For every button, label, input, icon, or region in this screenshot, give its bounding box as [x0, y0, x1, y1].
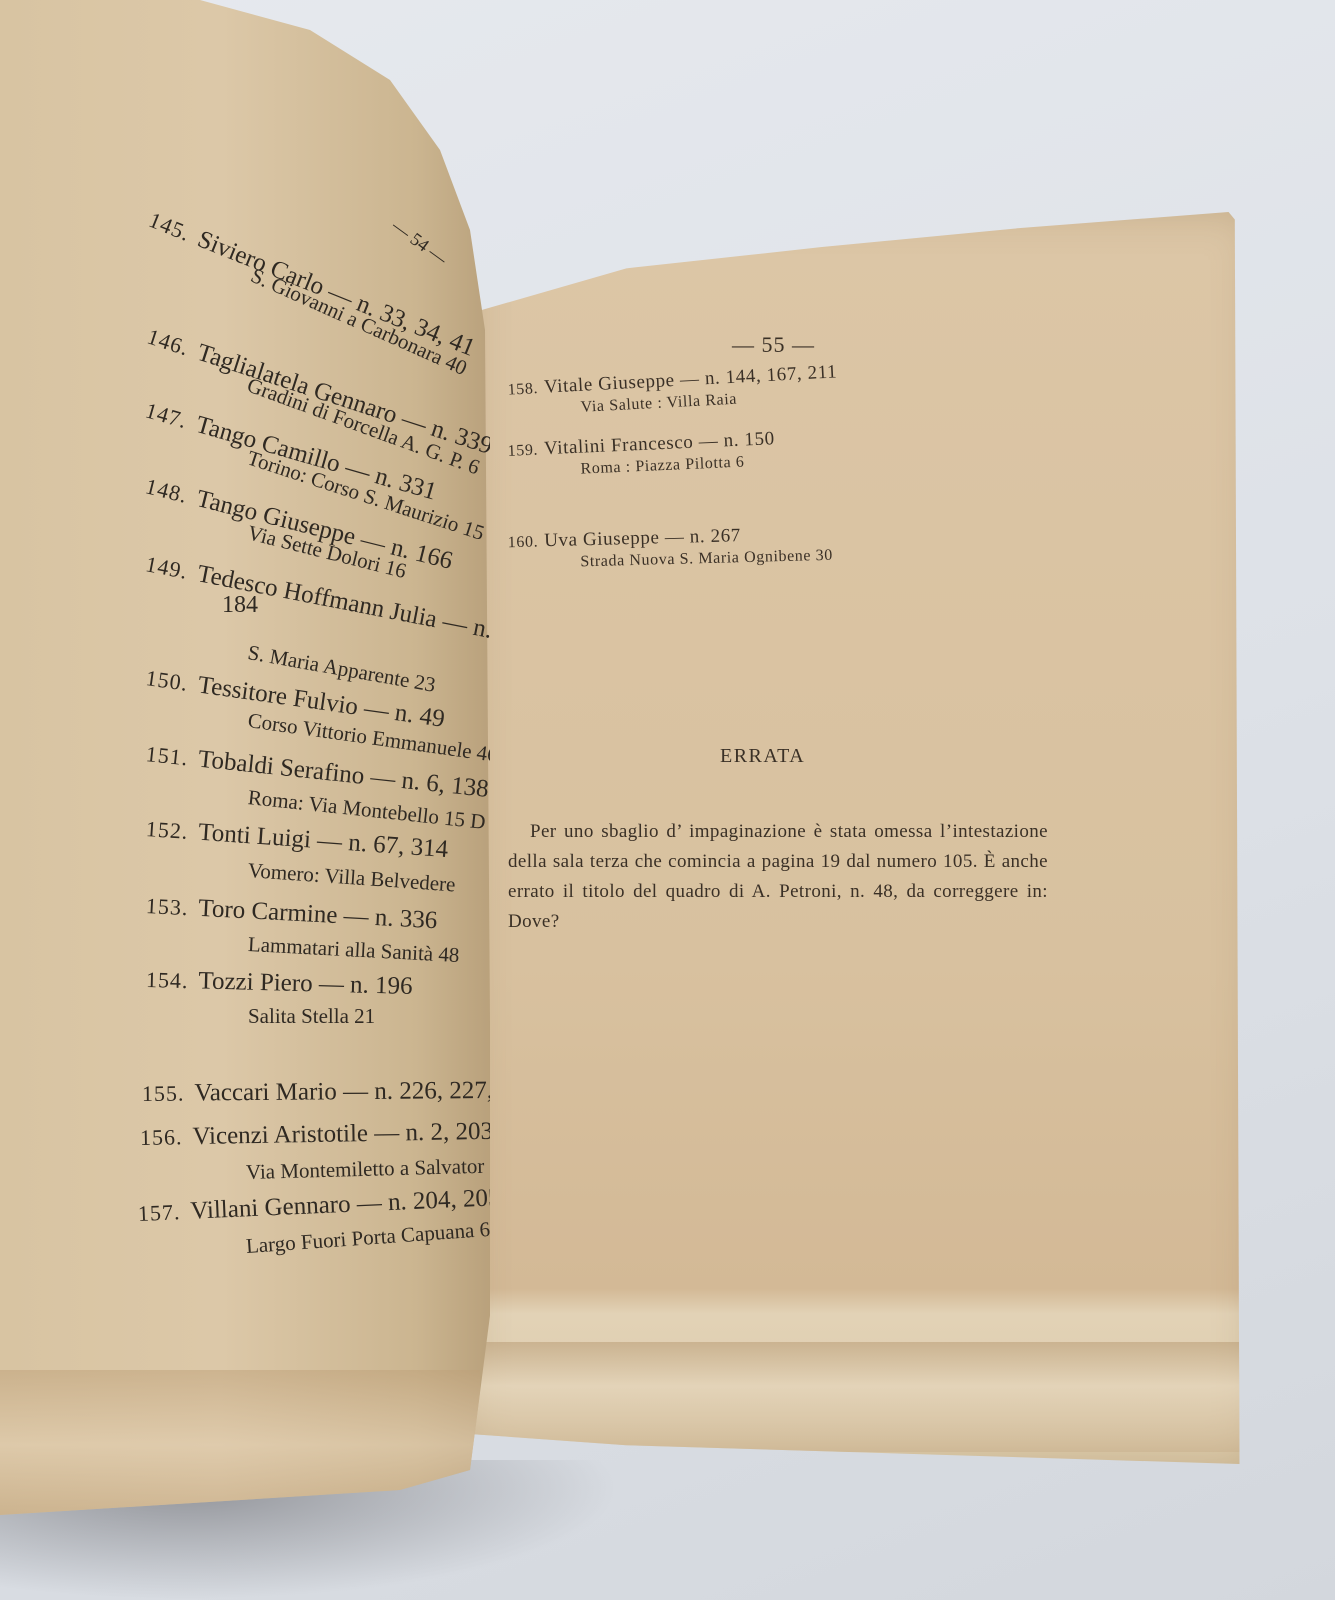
page-number: — 55 —: [732, 332, 815, 358]
entry-address: Salita Stella 21: [248, 1004, 375, 1029]
entry-address: Largo Fuori Porta Capuana 6: [245, 1217, 490, 1259]
right-page: — 55 — 158.Vitale Giuseppe — n. 144, 167…: [470, 212, 1252, 1464]
list-item: 155.Vaccari Mario — n. 226, 227, 2: [142, 1077, 490, 1108]
list-item: 154.Tozzi Piero — n. 196: [146, 966, 413, 1001]
errata-heading: ERRATA: [720, 745, 805, 768]
entry-name: Uva Giuseppe — n. 267: [544, 525, 741, 551]
list-item: 159.Vitalini Francesco — n. 150 Roma : P…: [507, 428, 776, 482]
entry-address: Strada Nuova S. Maria Ognibene 30: [580, 547, 833, 572]
errata-paragraph: Per uno sbaglio d’ impaginazione è stata…: [508, 817, 1048, 937]
left-page: — 54 — 145.Siviero Carlo — n. 33, 34, 41…: [0, 0, 490, 1540]
entry-continuation: 184: [222, 592, 258, 619]
list-item: 153.Toro Carmine — n. 336: [145, 892, 438, 935]
entry-address: Vomero: Villa Belvedere: [247, 858, 456, 897]
page-number: — 54 —: [388, 215, 451, 269]
list-item: 158.Vitale Giuseppe — n. 144, 167, 211 V…: [507, 361, 839, 420]
list-item: 156.Vicenzi Aristotile — n. 2, 203, 5: [140, 1117, 490, 1152]
entry-address: Via Montemiletto a Salvator Rosa: [246, 1153, 490, 1185]
entry-address: Lammatari alla Sanità 48: [247, 932, 460, 968]
list-item: 160.Uva Giuseppe — n. 267 Strada Nuova S…: [508, 523, 834, 573]
